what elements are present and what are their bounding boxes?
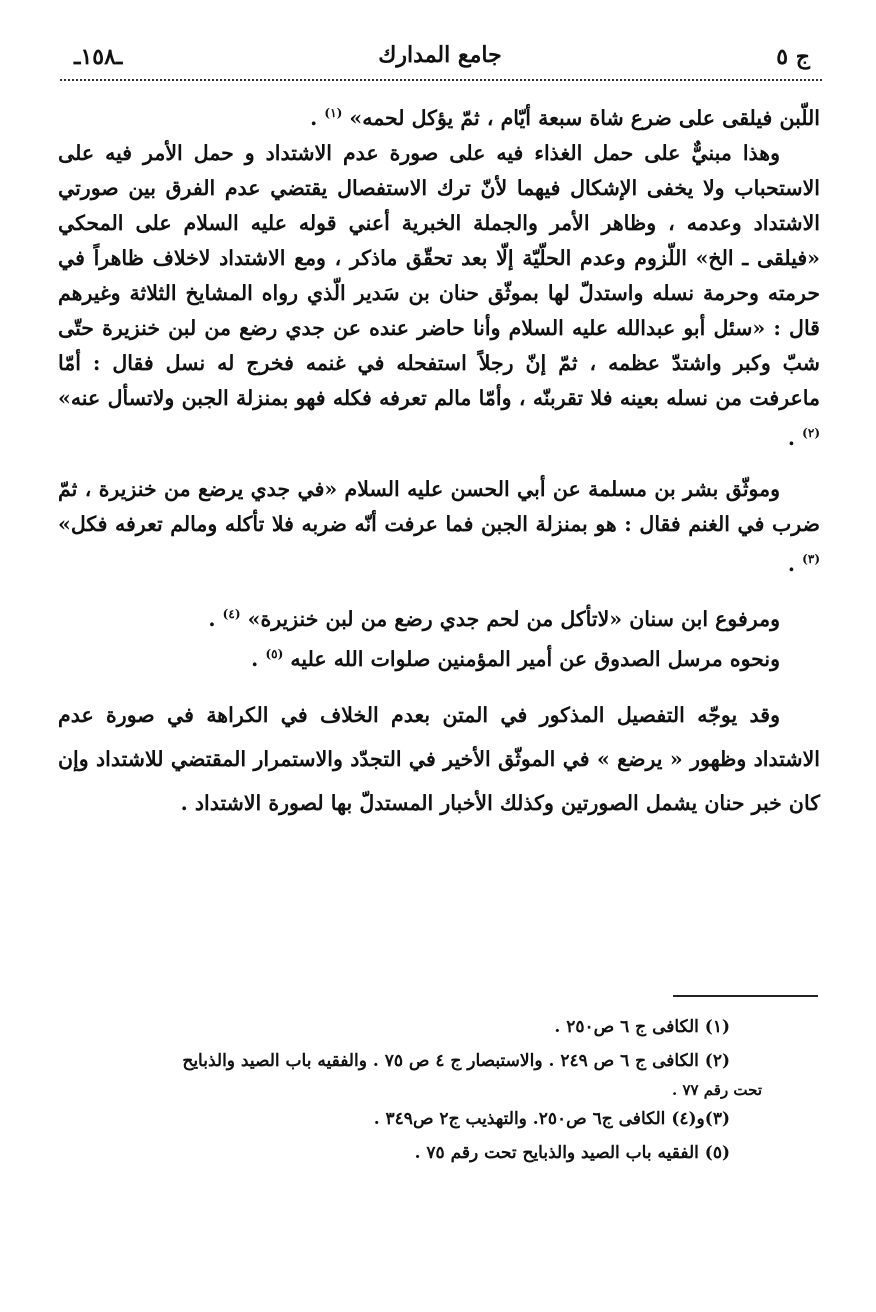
paragraph-continuation: اللّبن فيلقى على ضرع شاة سبعة أيّام ، ثم… [58,96,820,136]
footnote-ref: (١) [324,106,342,120]
footnote-divider [673,995,818,997]
header-divider [60,79,822,81]
footnote-ref: (٣) [802,552,820,566]
footnote-1: (١) الكافى ج ٦ ص٢٥٠ . [60,1010,820,1044]
paragraph: وقد يوجّه التفصيل المذكور في المتن بعدم … [58,693,820,825]
book-page: ج ٥ جامع المدارك ـ١٥٨ـ اللّبن فيلقى على … [0,0,876,1312]
paragraph: ونحوه مرسل الصدوق عن أمير المؤمنين صلوات… [58,637,820,677]
main-text: اللّبن فيلقى على ضرع شاة سبعة أيّام ، ثم… [58,96,820,825]
footnote-ref: (٥) [265,647,283,661]
footnote-5: (٥) الفقيه باب الصيد والذبايح تحت رقم ٧٥… [60,1136,820,1170]
footnotes: (١) الكافى ج ٦ ص٢٥٠ . (٢) الكافى ج ٦ ص ٢… [60,1010,820,1170]
footnote-ref: (٢) [802,426,820,440]
paragraph: وهذا مبنيٌّ على حمل الغذاء فيه على صورة … [58,136,820,456]
paragraph: ومرفوع ابن سنان «لاتأكل من لحم جدي رضع م… [58,597,820,637]
book-title: جامع المدارك [60,42,820,68]
footnote-ref: (٤) [223,607,241,621]
page-number: ـ١٥٨ـ [74,44,122,70]
page-header: ج ٥ جامع المدارك ـ١٥٨ـ [60,38,820,78]
footnote-2: (٢) الكافى ج ٦ ص ٢٤٩ . والاستبصار ج ٤ ص … [60,1044,820,1078]
paragraph: وموثّق بشر بن مسلمة عن أبي الحسن عليه ال… [58,472,820,582]
footnote-3-4: (٣)و(٤) الكافى ج٦ ص٢٥٠. والتهذيب ج٢ ص٣٤٩… [60,1102,820,1136]
footnote-2-continuation: تحت رقم ٧٧ . [60,1078,820,1102]
